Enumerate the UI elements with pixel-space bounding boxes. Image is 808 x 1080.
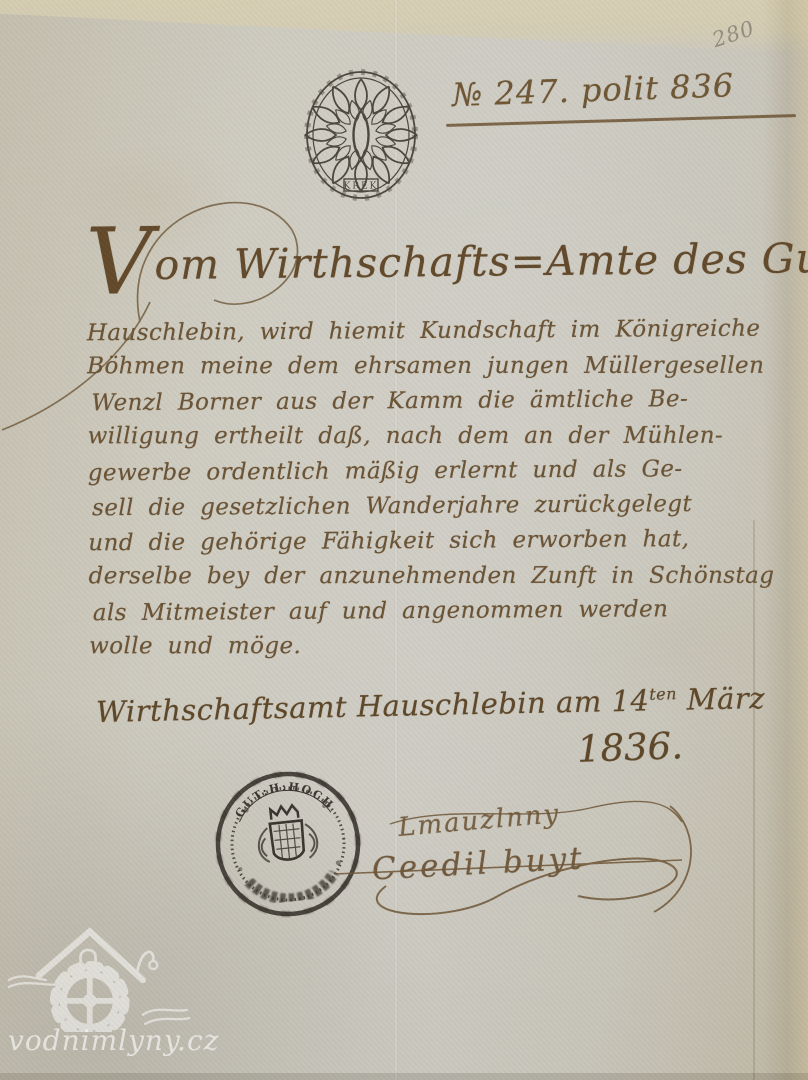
water-waves-left <box>9 976 55 987</box>
reference-underline <box>446 114 796 127</box>
stamp-mantling-left <box>257 828 271 863</box>
date-year: 1836. <box>576 724 683 771</box>
reference-number: № 247. polit 836 <box>451 64 797 114</box>
water-waves-right <box>143 1010 189 1024</box>
stamp-mantling-right <box>305 823 319 858</box>
stamp-crown <box>270 805 298 821</box>
stamp-shield-hatching <box>273 823 303 861</box>
body-line: als Mitmeister auf und angenommen werden <box>93 592 753 632</box>
body-line: wolle und möge. <box>89 629 749 665</box>
body-line: sell die gesetzlichen Wanderjahre zurück… <box>92 487 752 527</box>
letter-heading: Vom Wirthschafts=Amte des Gutes <box>86 234 806 290</box>
body-line: Wenzl Borner aus der Kamm die ämtliche B… <box>91 382 751 422</box>
body-line: willigung ertheilt daß, nach dem an der … <box>88 419 748 455</box>
letter-body: Hauschlebin, wird hiemit Kundschaft im K… <box>87 312 749 667</box>
heading-initial: V <box>85 208 153 316</box>
watermark-site-label: vodnimlyny.cz <box>8 1024 219 1057</box>
heading-text: om Wirthschafts=Amte des Gutes <box>154 233 808 289</box>
paper-bottom-edge <box>0 1073 808 1080</box>
body-line: Hauschlebin, wird hiemit Kundschaft im K… <box>87 312 747 352</box>
signature-flourish <box>330 778 700 928</box>
stamp-bottom-smudge <box>249 872 337 903</box>
paper-top-edge <box>0 0 808 54</box>
wheel-hub <box>83 994 97 1008</box>
body-line: derselbe bey der anzunehmenden Zunft in … <box>89 559 749 595</box>
paper-right-edge <box>762 0 808 1080</box>
body-line: und die gehörige Fähigkeit sich erworben… <box>88 522 748 562</box>
dateline-text: Wirthschaftsamt Hauschlebin am 14 <box>96 683 650 729</box>
mill-lamp-bulb <box>149 961 157 969</box>
document-photo: 280 <box>0 0 808 1080</box>
body-line: gewerbe ordentlich mäßig erlernt und als… <box>88 452 748 492</box>
dateline: Wirthschaftsamt Hauschlebin am 14ten Mär… <box>96 681 766 729</box>
dateline-superscript: ten <box>649 684 677 704</box>
watermill-logo-icon <box>4 920 194 1032</box>
body-line: Böhmen meine dem ehrsamen jungen Müllerg… <box>87 349 747 385</box>
dateline-month: März <box>677 681 766 717</box>
